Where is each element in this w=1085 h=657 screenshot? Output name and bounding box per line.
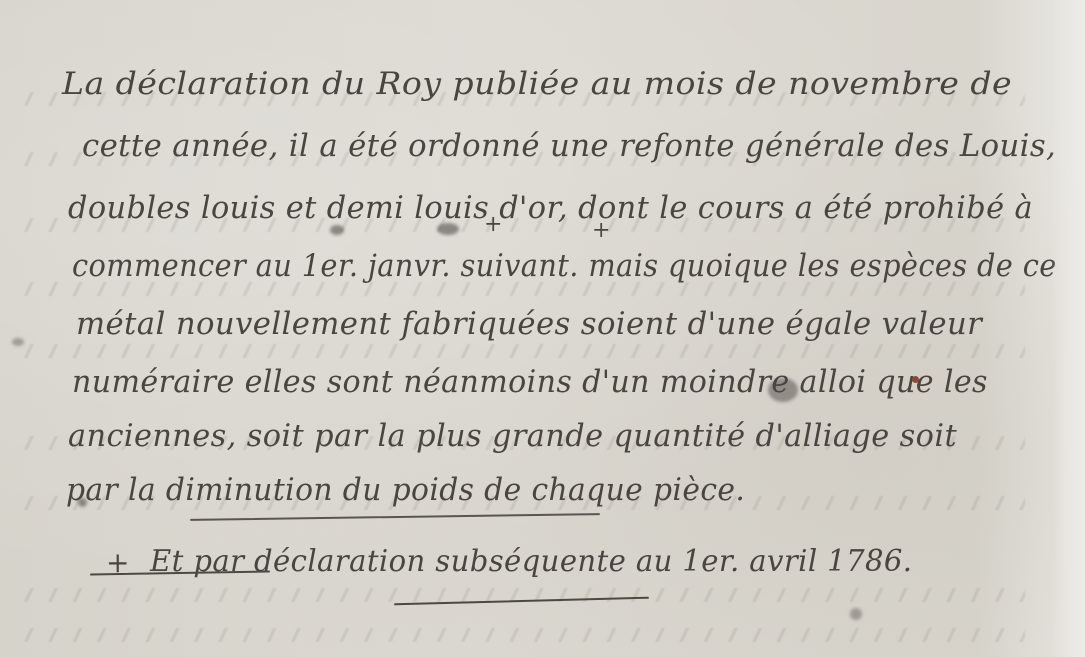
manuscript-line-2: cette année, il a été ordonné une refont… <box>82 128 1056 164</box>
manuscript-line-4: commencer au 1er. janvr. suivant. mais q… <box>72 248 1057 284</box>
ink-blot <box>437 223 459 235</box>
ink-blot <box>768 378 798 402</box>
manuscript-line-8: par la diminution du poids de chaque piè… <box>66 472 745 508</box>
ink-blot <box>12 338 24 346</box>
addendum-line: Et par déclaration subséquente au 1er. a… <box>150 544 912 579</box>
paper-edge <box>1051 0 1085 657</box>
ink-blot <box>850 608 862 620</box>
addendum-underline <box>394 597 649 606</box>
ink-blot <box>78 498 87 507</box>
manuscript-line-6: numéraire elles sont néanmoins d'un moin… <box>72 364 988 400</box>
section-divider-stroke <box>190 513 600 520</box>
manuscript-text: La déclaration du Roy publiée au mois de… <box>0 0 1085 657</box>
manuscript-page: La déclaration du Roy publiée au mois de… <box>0 0 1085 657</box>
insertion-mark: + <box>484 212 502 237</box>
ink-blot <box>330 225 344 235</box>
rust-spot <box>912 376 919 383</box>
manuscript-line-3: doubles louis et demi louis d'or, dont l… <box>68 190 1033 226</box>
insertion-mark: + <box>592 218 610 243</box>
manuscript-line-1: La déclaration du Roy publiée au mois de… <box>62 66 1012 102</box>
manuscript-line-5: métal nouvellement fabriquées soient d'u… <box>76 306 982 342</box>
manuscript-line-7: anciennes, soit par la plus grande quant… <box>68 418 957 454</box>
